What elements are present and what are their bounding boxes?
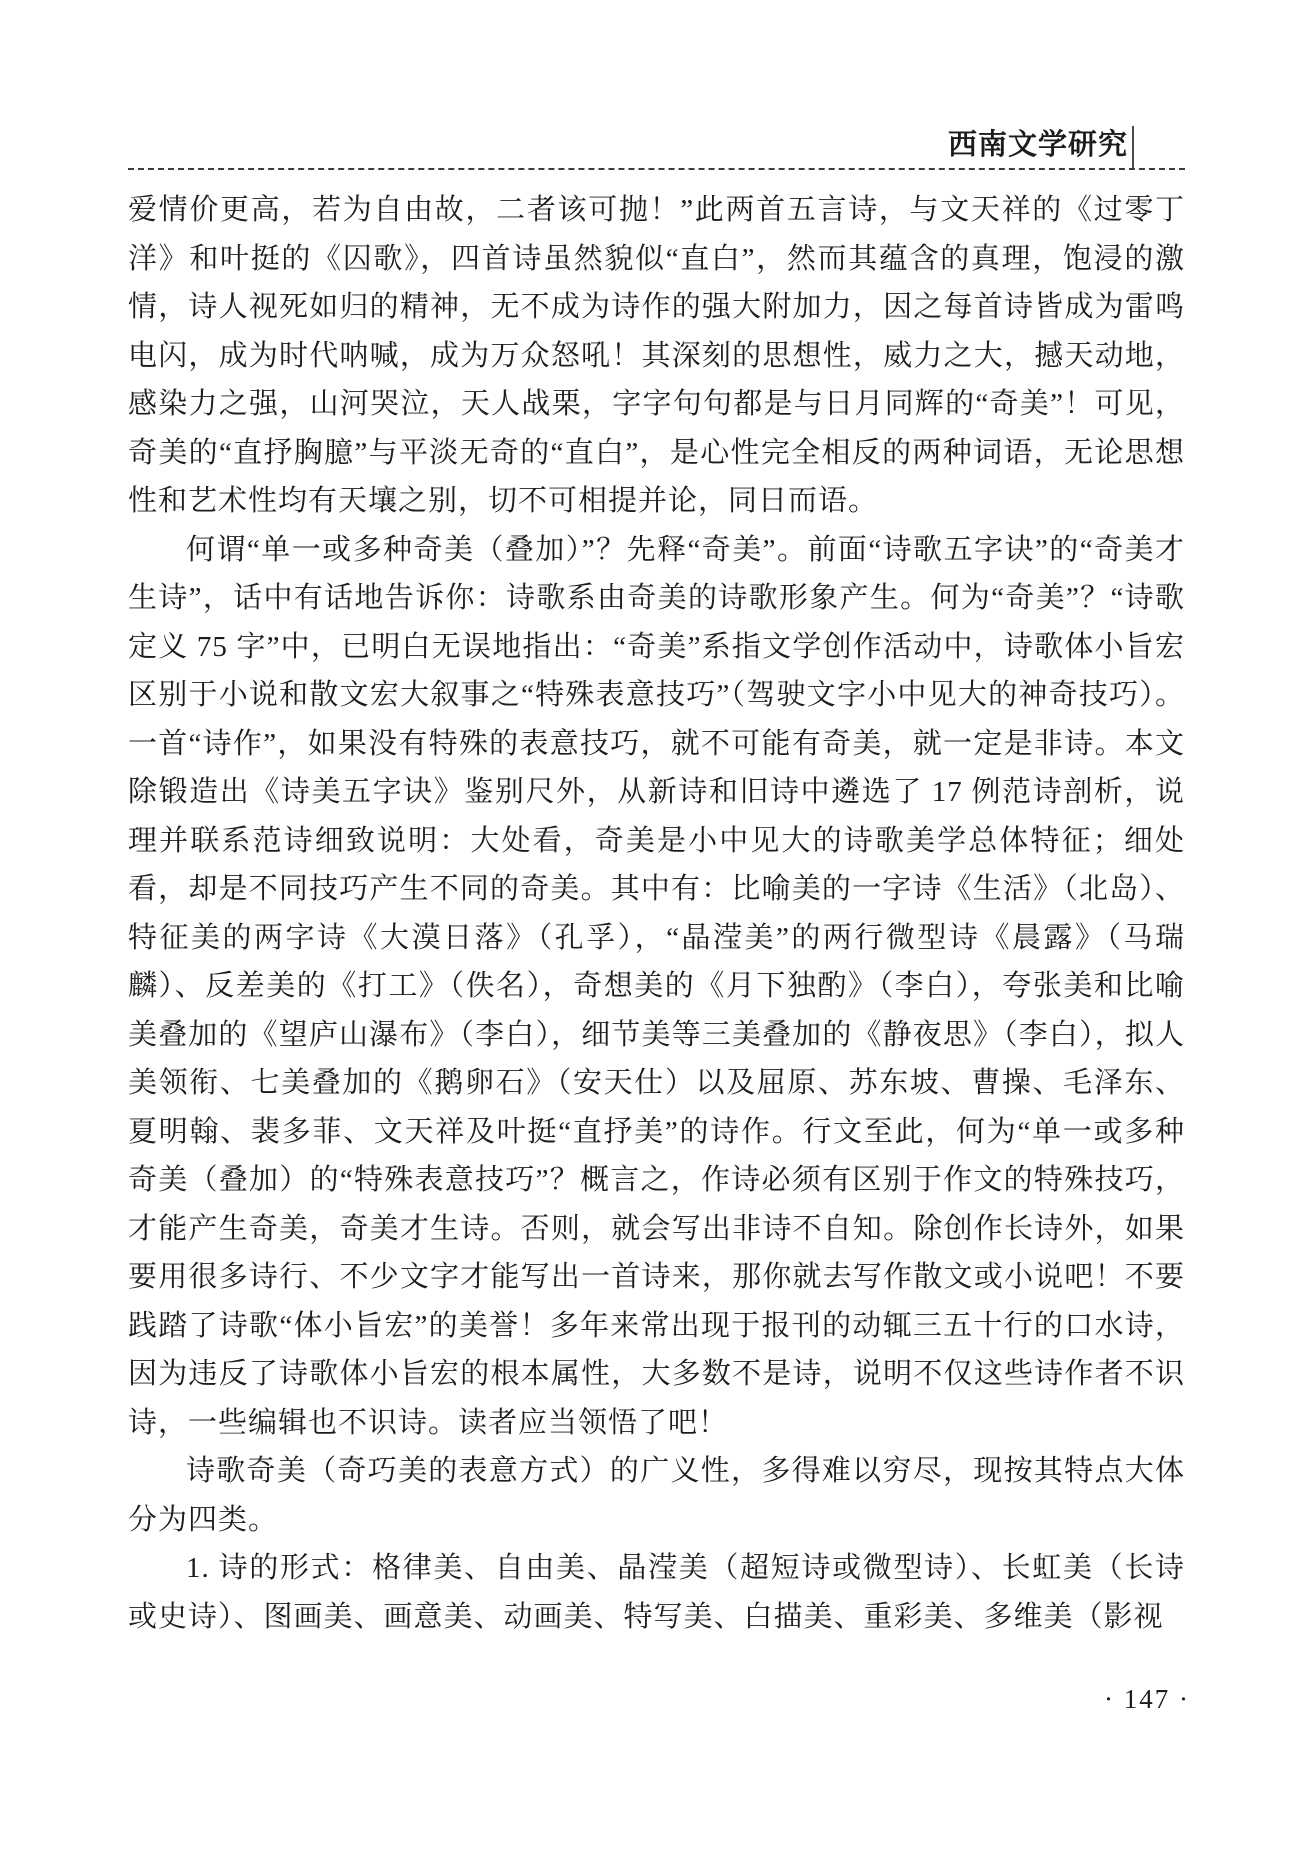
document-page: 西南文学研究 爱情价更高，若为自由故，二者该可抛！”此两首五言诗，与文天祥的《过…	[0, 0, 1307, 1859]
body-text: 爱情价更高，若为自由故，二者该可抛！”此两首五言诗，与文天祥的《过零丁洋》和叶挺…	[128, 186, 1185, 1641]
paragraph: 爱情价更高，若为自由故，二者该可抛！”此两首五言诗，与文天祥的《过零丁洋》和叶挺…	[128, 186, 1185, 526]
paragraph: 1. 诗的形式：格律美、自由美、晶滢美（超短诗或微型诗）、长虹美（长诗或史诗）、…	[128, 1544, 1185, 1641]
journal-title: 西南文学研究	[948, 126, 1120, 164]
paragraph: 诗歌奇美（奇巧美的表意方式）的广义性，多得难以穷尽，现按其特点大体分为四类。	[128, 1447, 1185, 1544]
header-dashed-divider	[128, 168, 1185, 170]
header-vertical-bar	[1132, 126, 1134, 170]
page-number: · 147 ·	[1050, 1684, 1190, 1715]
paragraph: 何谓“单一或多种奇美（叠加）”？先释“奇美”。前面“诗歌五字诀”的“奇美才生诗”…	[128, 526, 1185, 1448]
